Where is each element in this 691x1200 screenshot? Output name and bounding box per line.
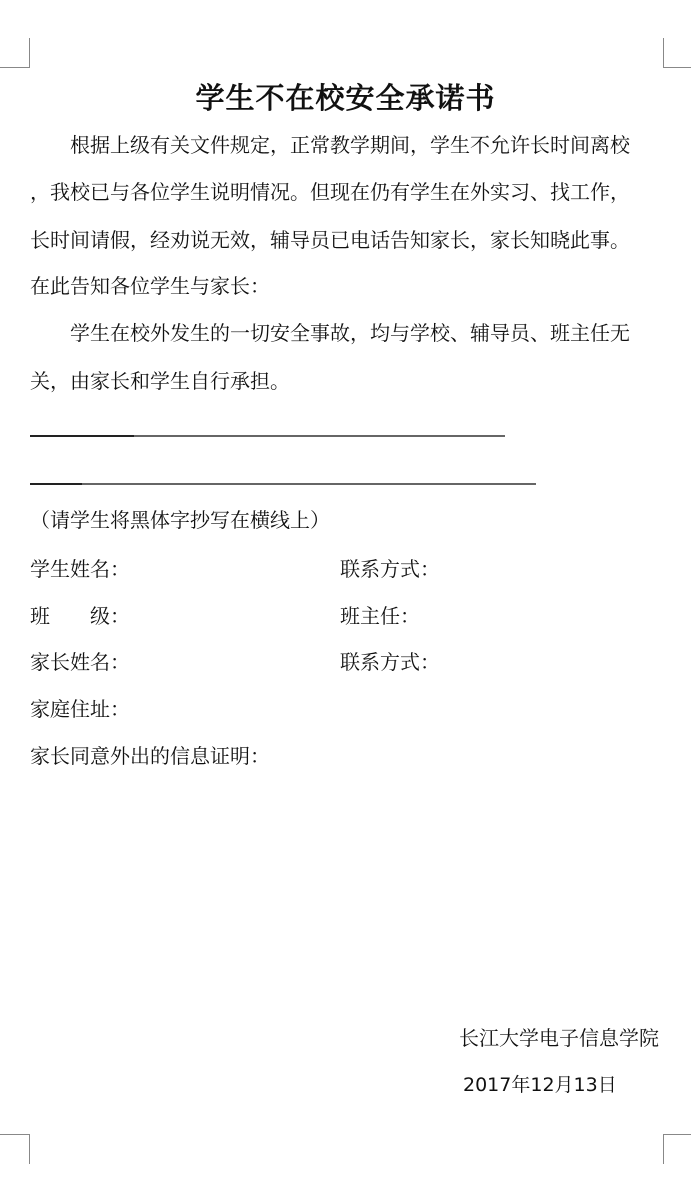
paragraph-line-6: 关，由家长和学生自行承担。 xyxy=(30,369,290,393)
copy-line-1[interactable] xyxy=(30,435,505,437)
paragraph-line-1: 根据上级有关文件规定，正常教学期间，学生不允许长时间离校 xyxy=(30,133,630,157)
parent-consent-label: 家长同意外出的信息证明： xyxy=(30,744,270,768)
copy-line-2[interactable] xyxy=(30,483,536,485)
copy-instruction: （请学生将黑体字抄写在横线上） xyxy=(30,508,330,532)
student-contact-label: 联系方式： xyxy=(340,557,440,581)
student-name-label: 学生姓名： xyxy=(30,557,130,581)
crop-mark-bottom-left xyxy=(0,1134,30,1164)
home-address-label: 家庭住址： xyxy=(30,697,130,721)
signature-date: 2017年12月13日 xyxy=(463,1073,617,1097)
class-label: 班 级： xyxy=(30,604,130,628)
parent-name-label: 家长姓名： xyxy=(30,650,130,674)
paragraph-line-3: 长时间请假，经劝说无效，辅导员已电话告知家长，家长知晓此事。 xyxy=(30,228,630,252)
crop-mark-top-right xyxy=(663,38,691,68)
signature-organization: 长江大学电子信息学院 xyxy=(459,1026,659,1050)
paragraph-line-2: ，我校已与各位学生说明情况。但现在仍有学生在外实习、找工作， xyxy=(30,180,630,204)
document-title: 学生不在校安全承诺书 xyxy=(0,76,691,117)
copy-line-2-filled xyxy=(30,483,82,485)
parent-contact-label: 联系方式： xyxy=(340,650,440,674)
head-teacher-label: 班主任： xyxy=(340,604,420,628)
crop-mark-top-left xyxy=(0,38,30,68)
copy-line-1-filled xyxy=(30,435,134,437)
paragraph-line-4: 在此告知各位学生与家长： xyxy=(30,274,270,298)
crop-mark-bottom-right xyxy=(663,1134,691,1164)
paragraph-line-5: 学生在校外发生的一切安全事故，均与学校、辅导员、班主任无 xyxy=(30,321,630,345)
